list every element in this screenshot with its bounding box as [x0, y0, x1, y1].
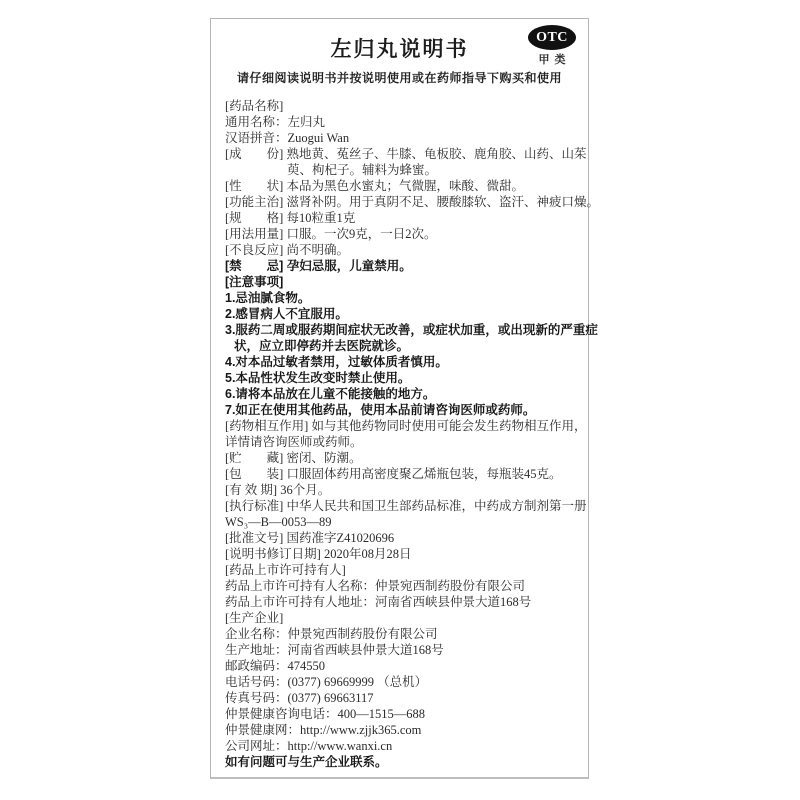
otc-icon: OTC: [528, 25, 576, 50]
leaflet-line: 仲景健康咨询电话：400—1515—688: [225, 706, 578, 722]
leaflet-line: [执行标准] 中华人民共和国卫生部药品标准，中药成方制剂第一册: [225, 498, 578, 514]
leaflet-line: 邮政编码：474550: [225, 658, 578, 674]
leaflet-line: 企业名称：仲景宛西制药股份有限公司: [225, 626, 578, 642]
leaflet-line: [性 状] 本品为黑色水蜜丸；气微腥，味酸、微甜。: [225, 178, 578, 194]
page-background: 左归丸说明书 OTC 甲类 请仔细阅读说明书并按说明使用或在药师指导下购买和使用…: [0, 0, 800, 800]
leaflet-line: [功能主治] 滋肾补阴。用于真阴不足、腰酸膝软、盗汗、神疲口燥。: [225, 194, 578, 210]
leaflet-line: 生产地址：河南省西峡县仲景大道168号: [225, 642, 578, 658]
leaflet-line: [成 份] 熟地黄、菟丝子、牛膝、龟板胶、鹿角胶、山药、山茱: [225, 146, 578, 162]
leaflet-line: 萸、枸杞子。辅料为蜂蜜。: [225, 162, 578, 178]
leaflet-line: 公司网址：http://www.wanxi.cn: [225, 738, 578, 754]
leaflet-line: [注意事项]: [225, 274, 578, 290]
leaflet-line: 电话号码：(0377) 69669999 （总机）: [225, 674, 578, 690]
leaflet-subtitle: 请仔细阅读说明书并按说明使用或在药师指导下购买和使用: [211, 69, 588, 86]
leaflet-line: [贮 藏] 密闭、防潮。: [225, 450, 578, 466]
leaflet-line: 4.对本品过敏者禁用，过敏体质者慎用。: [225, 354, 578, 370]
leaflet-line: 传真号码：(0377) 69663117: [225, 690, 578, 706]
leaflet-line: [批准文号] 国药准字Z41020696: [225, 530, 578, 546]
leaflet-line: [用法用量] 口服。一次9克，一日2次。: [225, 226, 578, 242]
leaflet-line: [药品上市许可持有人]: [225, 562, 578, 578]
leaflet-line: 汉语拼音：Zuogui Wan: [225, 130, 578, 146]
otc-badge: OTC 甲类: [524, 25, 580, 67]
leaflet-line: 7.如正在使用其他药品，使用本品前请咨询医师或药师。: [225, 402, 578, 418]
leaflet-line: 6.请将本品放在儿童不能接触的地方。: [225, 386, 578, 402]
leaflet-line: 通用名称：左归丸: [225, 114, 578, 130]
leaflet-line: [说明书修订日期] 2020年08月28日: [225, 546, 578, 562]
leaflet-line: [规 格] 每10粒重1克: [225, 210, 578, 226]
leaflet-line: [禁 忌] 孕妇忌服，儿童禁用。: [225, 258, 578, 274]
leaflet-line: 仲景健康网：http://www.zjjk365.com: [225, 722, 578, 738]
leaflet-line: [药品名称]: [225, 98, 578, 114]
leaflet-line: WS₃—B—0053—89: [225, 514, 578, 530]
leaflet-body: [药品名称]通用名称：左归丸汉语拼音：Zuogui Wan[成 份] 熟地黄、菟…: [225, 98, 578, 770]
leaflet-line: 5.本品性状发生改变时禁止使用。: [225, 370, 578, 386]
leaflet-line: 如有问题可与生产企业联系。: [225, 754, 578, 770]
leaflet-line: 3.服药二周或服药期间症状无改善，或症状加重，或出现新的严重症: [225, 322, 578, 338]
leaflet-line: 药品上市许可持有人名称：仲景宛西制药股份有限公司: [225, 578, 578, 594]
leaflet-line: [包 装] 口服固体药用高密度聚乙烯瓶包装，每瓶装45克。: [225, 466, 578, 482]
leaflet-line: 药品上市许可持有人地址：河南省西峡县仲景大道168号: [225, 594, 578, 610]
leaflet-line: [药物相互作用] 如与其他药物同时使用可能会发生药物相互作用，: [225, 418, 578, 434]
leaflet-line: [有 效 期] 36个月。: [225, 482, 578, 498]
leaflet-line: 1.忌油腻食物。: [225, 290, 578, 306]
leaflet-line: 详情请咨询医师或药师。: [225, 434, 578, 450]
leaflet-line: 状，应立即停药并去医院就诊。: [225, 338, 578, 354]
leaflet-line: [生产企业]: [225, 610, 578, 626]
leaflet-line: [不良反应] 尚不明确。: [225, 242, 578, 258]
leaflet-sheet: 左归丸说明书 OTC 甲类 请仔细阅读说明书并按说明使用或在药师指导下购买和使用…: [210, 18, 589, 779]
otc-class-label: 甲类: [524, 51, 580, 67]
leaflet-line: 2.感冒病人不宜服用。: [225, 306, 578, 322]
